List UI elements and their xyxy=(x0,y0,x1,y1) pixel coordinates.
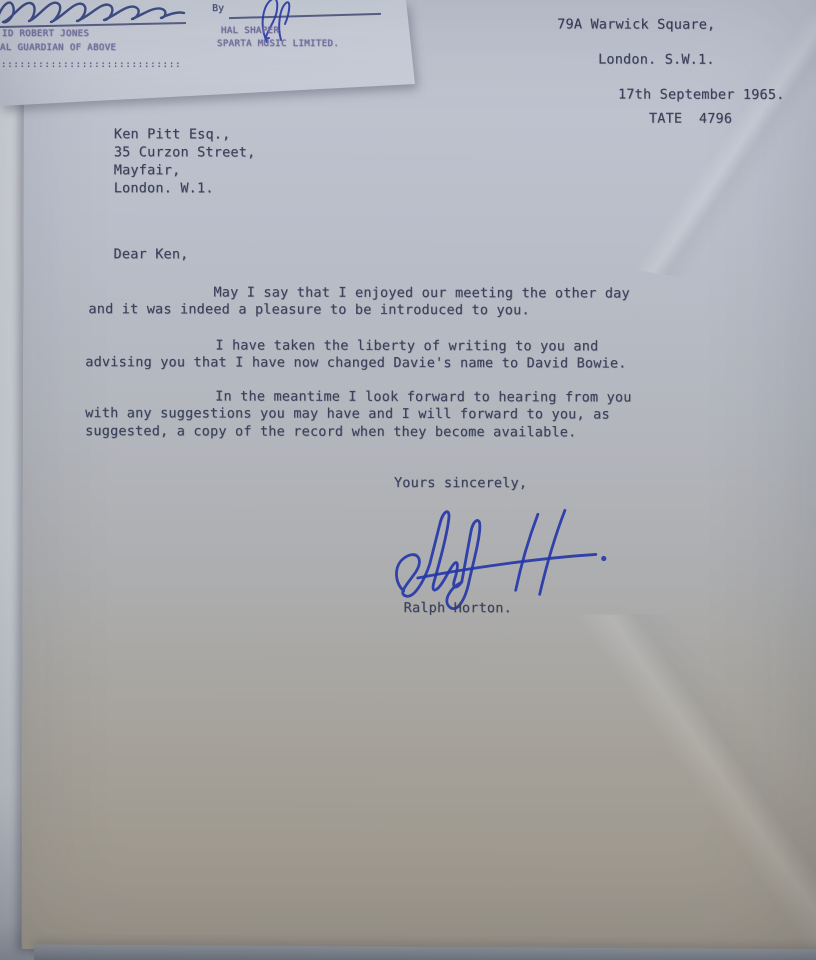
contract-company-line: SPARTA MUSIC LIMITED. xyxy=(217,40,339,49)
sender-address-line: London. S.W.1. xyxy=(598,53,715,67)
contract-signer-line: AL GUARDIAN OF ABOVE xyxy=(0,44,116,53)
contract-company-line: HAL SHAPER xyxy=(221,27,279,36)
ralph-horton-signature-ink xyxy=(388,494,613,610)
salutation: Dear Ken, xyxy=(114,248,189,262)
letter-paper: 79A Warwick Square, London. S.W.1. 17th … xyxy=(22,0,816,951)
body-line: In the meantime I look forward to hearin… xyxy=(215,390,631,405)
body-line: and it was indeed a pleasure to be intro… xyxy=(88,303,529,318)
recipient-line: Mayfair, xyxy=(114,164,181,178)
contract-fragment-wrap: By ID ROBERT JONES AL GUARDIAN OF ABOVE … xyxy=(0,0,424,116)
by-signature-ink xyxy=(233,0,305,44)
contract-signer-line: ID ROBERT JONES xyxy=(2,30,89,39)
recipient-line: London. W.1. xyxy=(114,182,214,196)
typed-signature-name: Ralph Horton. xyxy=(404,602,512,616)
body-line: with any suggestions you may have and I … xyxy=(85,407,610,422)
letter-photo: 79A Warwick Square, London. S.W.1. 17th … xyxy=(0,0,816,960)
paper-crease xyxy=(562,614,816,955)
sender-address-line: 79A Warwick Square, xyxy=(557,18,715,32)
by-label: By xyxy=(212,3,224,14)
recipient-line: Ken Pitt Esq., xyxy=(114,128,231,142)
body-line: May I say that I enjoyed our meeting the… xyxy=(213,286,629,301)
body-line: I have taken the liberty of writing to y… xyxy=(215,339,598,354)
closing: Yours sincerely, xyxy=(394,477,527,491)
recipient-line: 35 Curzon Street, xyxy=(114,146,256,160)
body-line: suggested, a copy of the record when the… xyxy=(85,425,576,440)
contract-fragment: By ID ROBERT JONES AL GUARDIAN OF ABOVE … xyxy=(0,0,424,116)
letter-phone: TATE 4796 xyxy=(649,113,732,127)
letter-date: 17th September 1965. xyxy=(618,89,785,103)
paper-crease xyxy=(603,0,816,301)
body-line: advising you that I have now changed Dav… xyxy=(85,356,626,371)
dotted-row: ::::::::::::::::::::::::::::: xyxy=(1,60,181,70)
